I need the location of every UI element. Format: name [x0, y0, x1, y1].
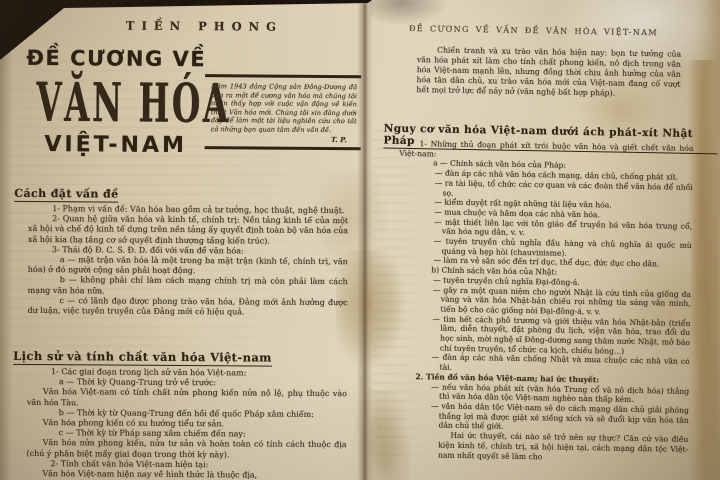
left-page: TIỀN PHONG ĐỀ CƯƠNG VỀ VĂN HÓA VIỆT-NAM … [0, 0, 362, 480]
magazine-spread: TIỀN PHONG ĐỀ CƯƠNG VỀ VĂN HÓA VIỆT-NAM … [0, 0, 720, 480]
masthead: TIỀN PHONG [59, 18, 349, 34]
photo-of-document: TIỀN PHONG ĐỀ CƯƠNG VỀ VĂN HÓA VIỆT-NAM … [0, 0, 720, 480]
title-line-2-wrap: VĂN HÓA [23, 70, 209, 133]
running-head: ĐỀ CƯƠNG VỀ VẤN ĐỀ VĂN HÓA VIỆT-NAM [391, 24, 675, 38]
text-line: 2- Quan hệ giữa văn hóa và kinh tế, chín… [28, 214, 348, 247]
section-heading: Cách đặt vấn đề [14, 187, 118, 203]
section-heading: Lịch sử và tính chất văn hóa Việt-nam [13, 349, 272, 367]
editor-note-box: Năm 1943 đảng Cộng sản Đông-Dương đã đưa… [205, 74, 362, 150]
text-line: a — mặt trận văn hóa là một trong ba mặt… [28, 255, 348, 278]
text-line: — tìm hết cách phô trương và giới thiệu … [440, 314, 691, 357]
text-line: Văn hóa nửa phong kiến, nửa tư sản và ho… [26, 438, 346, 461]
section-body: 1- Phạm vi vấn đề: Văn hóa bao gồm cả tư… [13, 204, 348, 319]
title-line-2: VĂN HÓA [36, 70, 231, 135]
section-body: 1- Những thủ đoạn phát xít trói buộc văn… [382, 139, 694, 464]
text-line: Văn hóa Việt-nam có tính chất nửa phong … [27, 387, 347, 410]
title-line-3: VIỆT-NAM [23, 132, 209, 158]
text-line: Văn hóa Việt-nam hiện nay về hình thức l… [26, 469, 346, 480]
title-line-1: ĐỀ CƯƠNG VỀ [23, 46, 209, 71]
intro-paragraph: Chiến tranh và xu trào văn hóa hiện nay:… [416, 45, 681, 100]
section-body: 1- Các giai đoạn trong lịch sử văn hóa V… [12, 367, 347, 480]
text-line: Hai ức thuyết, cái nào sẽ trở nên sự thự… [438, 431, 688, 464]
text-line: — gây ra một quan niệm cho người Nhật là… [441, 285, 691, 318]
text-line: b — không phải chỉ làm cách mạng chính t… [28, 275, 348, 298]
editor-note-text: Năm 1943 đảng Cộng sản Đông-Dương đã đưa… [211, 82, 357, 135]
text-line: c — có lãnh đạo được phong trào văn hóa,… [27, 296, 347, 319]
text-line: — văn hóa dân tộc Việt-nam sẽ do cách mạ… [438, 402, 688, 435]
right-page: ĐỀ CƯƠNG VỀ VẤN ĐỀ VĂN HÓA VIỆT-NAM Chiế… [354, 0, 720, 480]
article-title: ĐỀ CƯƠNG VỀ VĂN HÓA VIỆT-NAM [23, 46, 210, 158]
editor-note-signature: T. P. [211, 134, 357, 144]
